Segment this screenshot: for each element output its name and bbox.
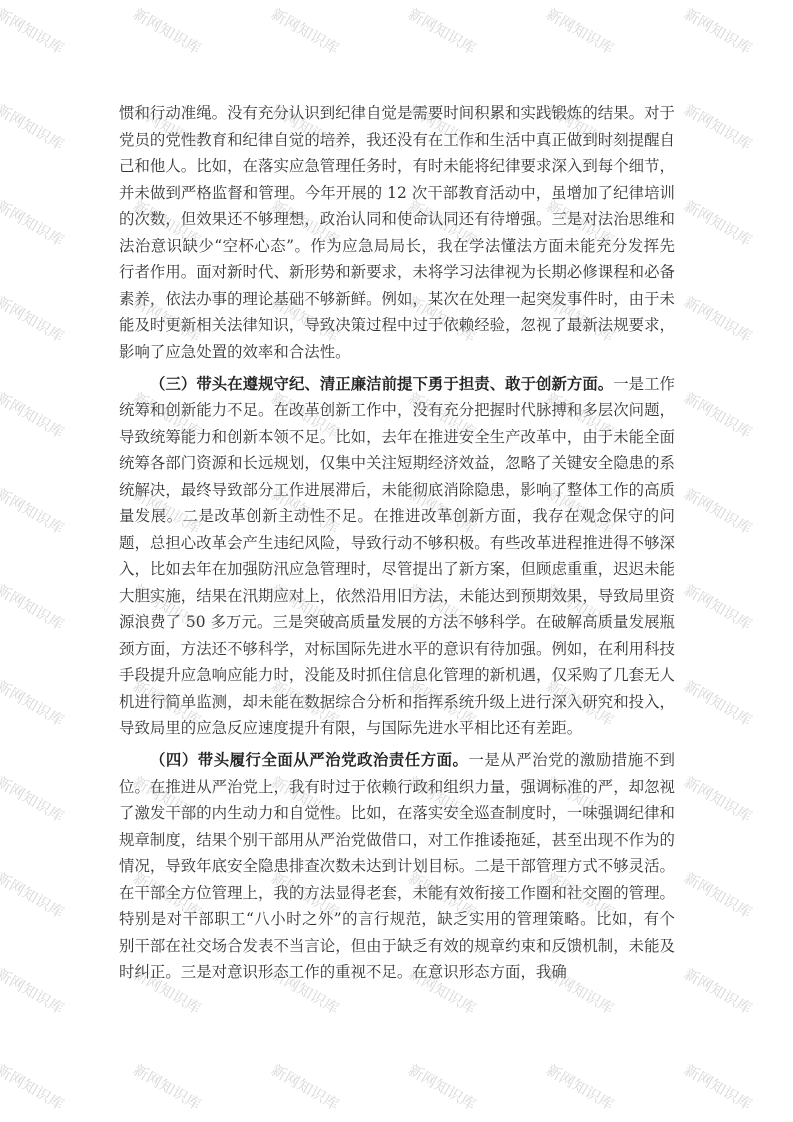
- watermark-text: 新网知识库: [0, 579, 68, 635]
- watermark-text: 新网知识库: [405, 3, 480, 59]
- watermark-text: 新网知识库: [268, 1059, 343, 1115]
- document-body: 惯和行动准绳。没有充分认识到纪律自觉是需要时间积累和实践锻炼的结果。对于党员的党…: [119, 100, 675, 991]
- watermark-text: 新网知识库: [405, 1059, 480, 1115]
- watermark-text: 新网知识库: [681, 1059, 756, 1115]
- watermark-text: 新网知识库: [681, 291, 756, 347]
- paragraph-section-4: （四）带头履行全面从严治党政治责任方面。一是从严治党的激励措施不到位。在推进从严…: [119, 747, 675, 986]
- watermark-text: 新网知识库: [0, 675, 68, 731]
- watermark-text: 新网知识库: [681, 387, 756, 443]
- watermark-text: 新网知识库: [130, 3, 205, 59]
- watermark-text: 新网知识库: [0, 1059, 68, 1115]
- watermark-text: 新网知识库: [681, 483, 756, 539]
- watermark-text: 新网知识库: [130, 1059, 205, 1115]
- watermark-text: 新网知识库: [681, 963, 756, 1019]
- watermark-text: 新网知识库: [0, 195, 68, 251]
- watermark-text: 新网知识库: [0, 867, 68, 923]
- paragraph-section-3: （三）带头在遵规守纪、清正廉洁前提下勇于担责、敢于创新方面。一是工作统筹和创新能…: [119, 371, 675, 742]
- watermark-text: 新网知识库: [543, 1059, 618, 1115]
- watermark-text: 新网知识库: [0, 387, 68, 443]
- watermark-text: 新网知识库: [681, 675, 756, 731]
- section-heading: （四）带头履行全面从严治党政治责任方面。: [150, 751, 468, 769]
- paragraph-text: 一是从严治党的激励措施不到位。在推进从严治党上，我有时过于依赖行政和组织力量，强…: [119, 751, 675, 981]
- watermark-text: 新网知识库: [681, 99, 756, 155]
- watermark-text: 新网知识库: [543, 3, 618, 59]
- watermark-text: 新网知识库: [0, 963, 68, 1019]
- watermark-text: 新网知识库: [0, 99, 68, 155]
- watermark-text: 新网知识库: [0, 771, 68, 827]
- watermark-text: 新网知识库: [681, 195, 756, 251]
- paragraph-text: 一是工作统筹和创新能力不足。在改革创新工作中，没有充分把握时代脉搏和多层次问题，…: [119, 375, 675, 738]
- watermark-text: 新网知识库: [681, 3, 756, 59]
- watermark-text: 新网知识库: [681, 579, 756, 635]
- watermark-text: 新网知识库: [681, 771, 756, 827]
- watermark-text: 新网知识库: [0, 483, 68, 539]
- watermark-text: 新网知识库: [268, 3, 343, 59]
- watermark-text: 新网知识库: [681, 867, 756, 923]
- watermark-text: 新网知识库: [0, 291, 68, 347]
- watermark-text: 新网知识库: [0, 3, 68, 59]
- paragraph-continuation: 惯和行动准绳。没有充分认识到纪律自觉是需要时间积累和实践锻炼的结果。对于党员的党…: [119, 100, 675, 365]
- section-heading: （三）带头在遵规守纪、清正廉洁前提下勇于担责、敢于创新方面。: [150, 375, 613, 393]
- paragraph-text: 惯和行动准绳。没有充分认识到纪律自觉是需要时间积累和实践锻炼的结果。对于党员的党…: [119, 104, 675, 361]
